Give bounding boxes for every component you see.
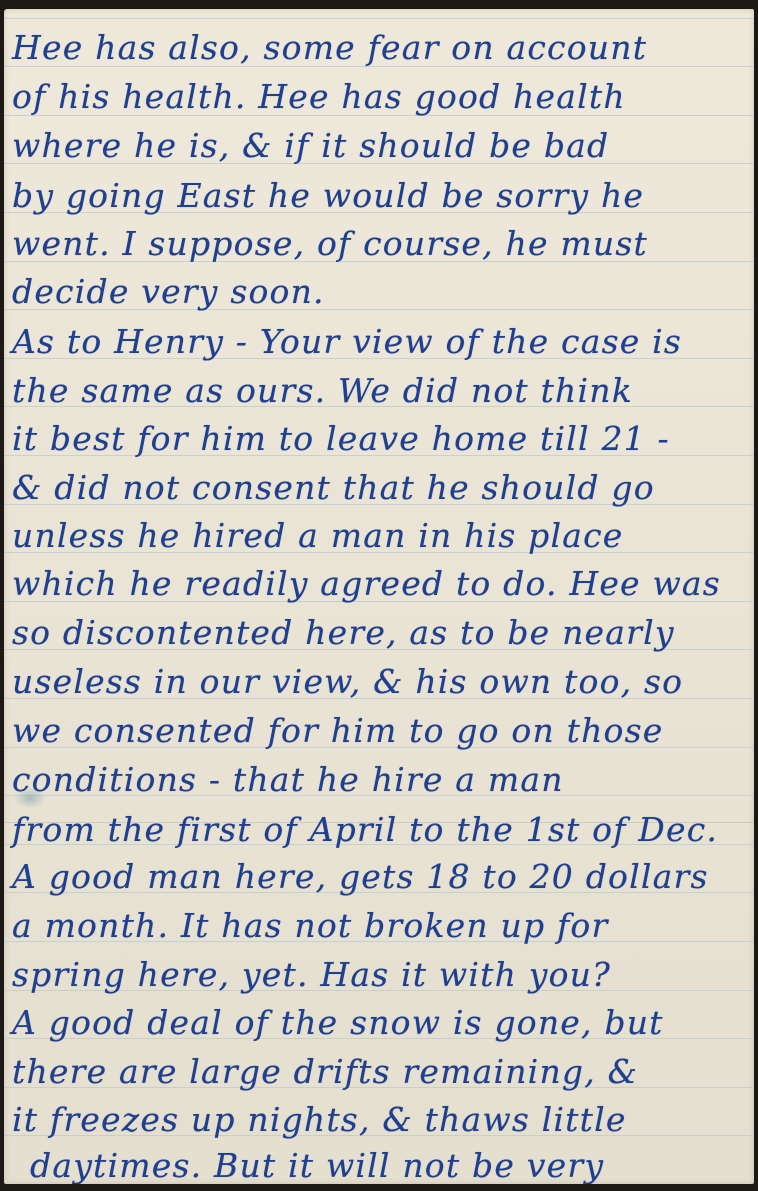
handwritten-line: which he readily agreed to do. Hee was xyxy=(12,567,721,600)
handwritten-line: & did not consent that he should go xyxy=(12,471,655,504)
handwritten-line: unless he hired a man in his place xyxy=(12,519,624,552)
handwritten-line: it freezes up nights, & thaws little xyxy=(12,1103,627,1136)
letter-page: Hee has also, some fear on account of hi… xyxy=(4,9,754,1184)
ruled-line xyxy=(4,18,754,19)
handwritten-line: conditions - that he hire a man xyxy=(12,763,564,796)
handwritten-line: it best for him to leave home till 21 - xyxy=(12,422,670,455)
handwritten-line: we consented for him to go on those xyxy=(12,714,664,747)
handwritten-line: decide very soon. xyxy=(12,275,325,308)
handwritten-line: Hee has also, some fear on account xyxy=(12,31,647,64)
handwritten-line: useless in our view, & his own too, so xyxy=(12,665,683,698)
handwritten-line: the same as ours. We did not think xyxy=(12,374,633,407)
handwritten-line: As to Henry - Your view of the case is xyxy=(12,325,682,358)
handwritten-line: daytimes. But it will not be very xyxy=(30,1149,604,1182)
handwritten-line: there are large drifts remaining, & xyxy=(12,1055,638,1088)
handwritten-line: A good deal of the snow is gone, but xyxy=(12,1006,664,1039)
handwritten-line: by going East he would be sorry he xyxy=(12,179,644,212)
handwritten-line: a month. It has not broken up for xyxy=(12,909,608,942)
scanned-letter: Hee has also, some fear on account of hi… xyxy=(0,0,758,1191)
handwritten-line: from the first of April to the 1st of De… xyxy=(12,813,718,846)
handwritten-line: of his health. Hee has good health xyxy=(12,80,626,113)
handwritten-line: went. I suppose, of course, he must xyxy=(12,227,648,260)
handwritten-line: spring here, yet. Has it with you? xyxy=(12,958,611,991)
handwritten-line: A good man here, gets 18 to 20 dollars xyxy=(12,860,709,893)
handwritten-line: so discontented here, as to be nearly xyxy=(12,616,675,649)
handwritten-line: where he is, & if it should be bad xyxy=(12,129,609,162)
